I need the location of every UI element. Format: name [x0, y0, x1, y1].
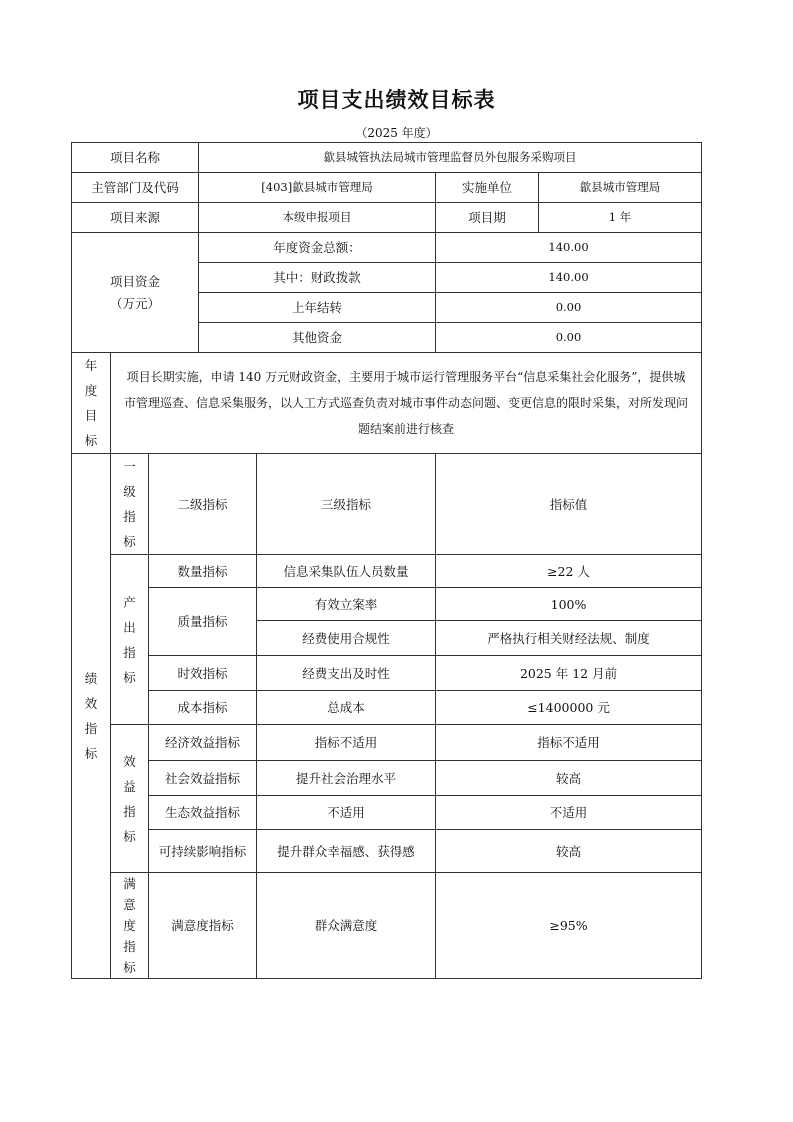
annual-goal-label: 年 度 目 标: [72, 353, 111, 454]
funding-label: 项目资金 （万元）: [72, 233, 199, 353]
level3-cell: 信息采集队伍人员数量: [257, 555, 436, 588]
project-name-row: 项目名称 歙县城管执法局城市管理监督员外包服务采购项目: [72, 143, 702, 173]
level2-cell: 时效指标: [149, 656, 257, 691]
fiscal-year-subtitle: （2025 年度）: [0, 124, 793, 141]
funding-item-value: 0.00: [436, 323, 702, 353]
output-indicator-label: 产 出 指 标: [111, 555, 149, 725]
level3-cell: 有效立案率: [257, 588, 436, 621]
level3-cell: 不适用: [257, 796, 436, 830]
performance-target-table: 项目名称 歙县城管执法局城市管理监督员外包服务采购项目 主管部门及代码 [403…: [71, 142, 702, 979]
level1-header: 一 级 指 标: [111, 454, 149, 555]
level3-cell: 指标不适用: [257, 725, 436, 761]
page-title: 项目支出绩效目标表: [0, 84, 793, 114]
level2-cell: 数量指标: [149, 555, 257, 588]
level2-cell: 生态效益指标: [149, 796, 257, 830]
level2-cell: 质量指标: [149, 588, 257, 656]
indicator-row: 质量指标 有效立案率 100%: [72, 588, 702, 621]
value-cell: ≥22 人: [436, 555, 702, 588]
level2-header: 二级指标: [149, 454, 257, 555]
project-period-label: 项目期: [436, 203, 539, 233]
value-cell: 100%: [436, 588, 702, 621]
indicator-header-row: 绩 效 指 标 一 级 指 标 二级指标 三级指标 指标值: [72, 454, 702, 555]
department-value: [403]歙县城市管理局: [199, 173, 436, 203]
level3-cell: 经费支出及时性: [257, 656, 436, 691]
indicator-row: 生态效益指标 不适用 不适用: [72, 796, 702, 830]
performance-section-label: 绩 效 指 标: [72, 454, 111, 979]
value-cell: 较高: [436, 761, 702, 796]
funding-item-label: 其他资金: [199, 323, 436, 353]
project-name-label: 项目名称: [72, 143, 199, 173]
implementing-unit-label: 实施单位: [436, 173, 539, 203]
level3-cell: 提升群众幸福感、获得感: [257, 830, 436, 873]
project-source-row: 项目来源 本级申报项目 项目期 1 年: [72, 203, 702, 233]
funding-item-value: 140.00: [436, 263, 702, 293]
benefit-indicator-label: 效 益 指 标: [111, 725, 149, 873]
funding-item-label: 其中：财政拨款: [199, 263, 436, 293]
value-cell: 2025 年 12 月前: [436, 656, 702, 691]
indicator-row: 成本指标 总成本 ≤1400000 元: [72, 691, 702, 725]
level2-cell: 成本指标: [149, 691, 257, 725]
value-cell: 严格执行相关财经法规、制度: [436, 621, 702, 656]
project-source-value: 本级申报项目: [199, 203, 436, 233]
project-name-value: 歙县城管执法局城市管理监督员外包服务采购项目: [199, 143, 702, 173]
level3-cell: 群众满意度: [257, 873, 436, 979]
indicator-row: 可持续影响指标 提升群众幸福感、获得感 较高: [72, 830, 702, 873]
level2-cell: 可持续影响指标: [149, 830, 257, 873]
indicator-row: 社会效益指标 提升社会治理水平 较高: [72, 761, 702, 796]
project-period-value: 1 年: [539, 203, 702, 233]
annual-goal-row: 年 度 目 标 项目长期实施，申请 140 万元财政资金，主要用于城市运行管理服…: [72, 353, 702, 454]
funding-item-label: 上年结转: [199, 293, 436, 323]
funding-item-value: 0.00: [436, 293, 702, 323]
funding-item-value: 140.00: [436, 233, 702, 263]
annual-goal-text: 项目长期实施，申请 140 万元财政资金，主要用于城市运行管理服务平台“信息采集…: [111, 353, 702, 454]
indicator-row: 产 出 指 标 数量指标 信息采集队伍人员数量 ≥22 人: [72, 555, 702, 588]
indicator-row: 满 意 度 指 标 满意度指标 群众满意度 ≥95%: [72, 873, 702, 979]
funding-row: 项目资金 （万元） 年度资金总额： 140.00: [72, 233, 702, 263]
value-header: 指标值: [436, 454, 702, 555]
value-cell: ≤1400000 元: [436, 691, 702, 725]
indicator-row: 时效指标 经费支出及时性 2025 年 12 月前: [72, 656, 702, 691]
satisfaction-indicator-label: 满 意 度 指 标: [111, 873, 149, 979]
level3-cell: 总成本: [257, 691, 436, 725]
level2-cell: 满意度指标: [149, 873, 257, 979]
value-cell: ≥95%: [436, 873, 702, 979]
level3-header: 三级指标: [257, 454, 436, 555]
indicator-row: 效 益 指 标 经济效益指标 指标不适用 指标不适用: [72, 725, 702, 761]
implementing-unit-value: 歙县城市管理局: [539, 173, 702, 203]
funding-item-label: 年度资金总额：: [199, 233, 436, 263]
value-cell: 不适用: [436, 796, 702, 830]
department-row: 主管部门及代码 [403]歙县城市管理局 实施单位 歙县城市管理局: [72, 173, 702, 203]
value-cell: 指标不适用: [436, 725, 702, 761]
department-label: 主管部门及代码: [72, 173, 199, 203]
project-source-label: 项目来源: [72, 203, 199, 233]
funding-label-line1: 项目资金: [72, 271, 198, 293]
value-cell: 较高: [436, 830, 702, 873]
funding-label-line2: （万元）: [72, 293, 198, 315]
level3-cell: 经费使用合规性: [257, 621, 436, 656]
level2-cell: 经济效益指标: [149, 725, 257, 761]
level3-cell: 提升社会治理水平: [257, 761, 436, 796]
level2-cell: 社会效益指标: [149, 761, 257, 796]
